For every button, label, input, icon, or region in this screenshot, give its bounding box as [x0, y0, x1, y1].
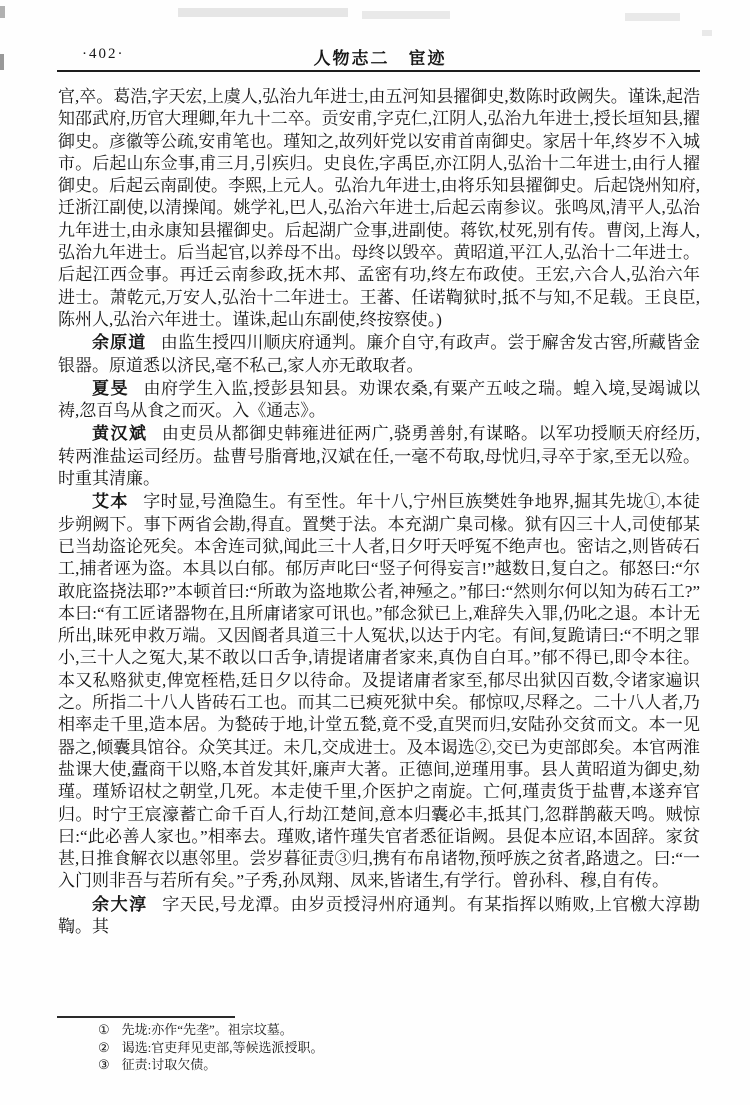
footnote-marker: ③ — [98, 1056, 110, 1074]
scan-artifact — [178, 8, 348, 17]
footnote: ①先垅:亦作“先垄”。祖宗坟墓。 — [98, 1021, 698, 1039]
biography-name: 余大淳 — [92, 895, 148, 914]
scan-artifact — [0, 54, 4, 70]
paragraph-text: 字时显,号渔隐生。有至性。年十八,宁州巨族樊姓争地界,掘其先垅①,本徒步朔阙下。… — [58, 492, 700, 890]
body-text: 官,卒。葛浩,字天宏,上虞人,弘治九年进士,由五河知县擢御史,数陈时政阙失。谨诛… — [58, 86, 700, 939]
biography-name: 夏旻 — [92, 379, 129, 398]
biography-name: 黄汉斌 — [92, 424, 147, 443]
footnote-text: 谒选:官吏拜见吏部,等候选派授职。 — [122, 1040, 324, 1055]
paragraph-text: 由监生授四川顺庆府通判。廉介自守,有政声。尝于廨舍发古窖,所藏皆金银器。原道悉以… — [58, 333, 700, 374]
footnote-marker: ② — [98, 1039, 110, 1057]
footnotes: ①先垅:亦作“先垄”。祖宗坟墓。 ②谒选:官吏拜见吏部,等候选派授职。 ③征责:… — [98, 1021, 698, 1074]
paragraph-text: 官,卒。葛浩,字天宏,上虞人,弘治九年进士,由五河知县擢御史,数陈时政阙失。谨诛… — [58, 87, 700, 329]
footnote-text: 征责:讨取欠债。 — [122, 1057, 217, 1072]
footnote-divider — [57, 1016, 235, 1018]
book-page: ·402· 人物志二 宦迹 官,卒。葛浩,字天宏,上虞人,弘治九年进士,由五河知… — [0, 0, 750, 1105]
paragraph-text: 由吏员从都御史韩雍进征两广,骁勇善射,有谋略。以军功授顺天府经历,转两淮盐运司经… — [58, 424, 700, 488]
scan-artifact — [362, 11, 450, 19]
footnote: ②谒选:官吏拜见吏部,等候选派授职。 — [98, 1039, 698, 1057]
scan-artifact — [702, 30, 712, 36]
scan-artifact — [0, 6, 5, 18]
header-divider — [57, 70, 700, 72]
paragraph: 官,卒。葛浩,字天宏,上虞人,弘治九年进士,由五河知县擢御史,数陈时政阙失。谨诛… — [58, 86, 700, 331]
page-header: ·402· 人物志二 宦迹 — [60, 44, 700, 68]
paragraph: 艾本字时显,号渔隐生。有至性。年十八,宁州巨族樊姓争地界,掘其先垅①,本徒步朔阙… — [58, 491, 700, 892]
page-title: 人物志二 宦迹 — [60, 44, 700, 69]
paragraph-text: 字天民,号龙潭。由岁贡授浔州府通判。有某指挥以贿败,上官檄大淳勘鞫。其 — [58, 895, 700, 936]
footnote-text: 先垅:亦作“先垄”。祖宗坟墓。 — [122, 1022, 293, 1037]
footnote-marker: ① — [98, 1021, 110, 1039]
footnote: ③征责:讨取欠债。 — [98, 1056, 698, 1074]
paragraph: 余大淳字天民,号龙潭。由岁贡授浔州府通判。有某指挥以贿败,上官檄大淳勘鞫。其 — [58, 894, 700, 939]
scan-artifact — [625, 13, 680, 21]
biography-name: 艾本 — [92, 492, 129, 511]
paragraph: 夏旻由府学生入监,授彭县知县。劝课农桑,有粟产五岐之瑞。蝗入境,旻竭诚以祷,忽百… — [58, 378, 700, 423]
paragraph: 余原道由监生授四川顺庆府通判。廉介自守,有政声。尝于廨舍发古窖,所藏皆金银器。原… — [58, 332, 700, 377]
paragraph-text: 由府学生入监,授彭县知县。劝课农桑,有粟产五岐之瑞。蝗入境,旻竭诚以祷,忽百鸟从… — [58, 379, 700, 420]
biography-name: 余原道 — [92, 333, 146, 352]
paragraph: 黄汉斌由吏员从都御史韩雍进征两广,骁勇善射,有谋略。以军功授顺天府经历,转两淮盐… — [58, 423, 700, 490]
